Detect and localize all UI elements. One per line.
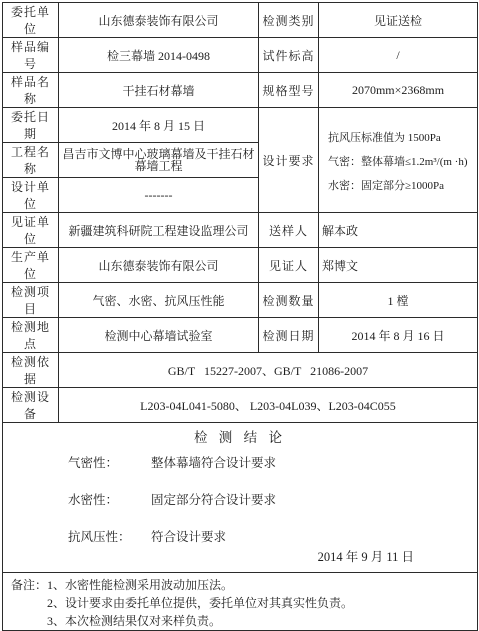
witness-unit-value: 新疆建筑科研院工程建设监理公司 (59, 213, 259, 248)
design-req-wind-pressure: 抗风压标准值为 1500Pa (328, 129, 472, 145)
project-name-value: 昌吉市文博中心玻璃幕墙及干挂石材幕墙工程 (59, 143, 259, 178)
sample-number-label: 样品编号 (3, 38, 59, 73)
conclusion-wind-pressure: 抗风压性：符合设计要求 (6, 527, 474, 545)
conclusion-air-tightness-value: 整体幕墙符合设计要求 (151, 456, 276, 470)
test-location-label: 检测地点 (3, 318, 59, 353)
row-sample-name: 样品名称 干挂石材幕墙 规格型号 2070mm×2368mm (3, 73, 478, 108)
row-test-equipment: 检测设备 L203-04L041-5080、 L203-04L039、L203-… (3, 388, 478, 423)
test-category-value: 见证送检 (319, 3, 478, 38)
row-client-unit: 委托单位 山东德泰装饰有限公司 检测类别 见证送检 (3, 3, 478, 38)
row-sample-number: 样品编号 检三幕墙 2014-0498 试件标高 / (3, 38, 478, 73)
test-location-value: 检测中心幕墙试验室 (59, 318, 259, 353)
conclusion-wind-pressure-value: 符合设计要求 (151, 530, 226, 544)
row-witness-unit: 见证单位 新疆建筑科研院工程建设监理公司 送样人 解本政 (3, 213, 478, 248)
design-unit-value: ------- (59, 178, 259, 213)
client-unit-label: 委托单位 (3, 3, 59, 38)
conclusion-air-tightness-label: 气密性： (68, 453, 151, 471)
conclusion-air-tightness: 气密性：整体幕墙符合设计要求 (6, 453, 474, 471)
sample-sender-value: 解本政 (319, 213, 478, 248)
sample-number-value: 检三幕墙 2014-0498 (59, 38, 259, 73)
test-items-value: 气密、水密、抗风压性能 (59, 283, 259, 318)
test-equipment-label: 检测设备 (3, 388, 59, 423)
remark-item-2: 2、设计要求由委托单位提供，委托单位对其真实性负责。 (47, 594, 472, 612)
sample-name-label: 样品名称 (3, 73, 59, 108)
client-unit-value: 山东德泰装饰有限公司 (59, 3, 259, 38)
project-name-label: 工程名称 (3, 143, 59, 178)
conclusion-title: 检 测 结 论 (6, 426, 474, 446)
specification-model-value: 2070mm×2368mm (319, 73, 478, 108)
test-report-document: 委托单位 山东德泰装饰有限公司 检测类别 见证送检 样品编号 检三幕墙 2014… (2, 2, 477, 491)
commission-date-value: 2014 年 8 月 15 日 (59, 108, 259, 143)
conclusion-water-tightness-value: 固定部分符合设计要求 (151, 493, 276, 507)
test-date-value: 2014 年 8 月 16 日 (319, 318, 478, 353)
row-conclusion: 检 测 结 论 气密性：整体幕墙符合设计要求 水密性：固定部分符合设计要求 抗风… (3, 423, 478, 573)
design-req-water-tightness: 水密：固定部分≥1000Pa (328, 177, 472, 193)
specimen-elevation-label: 试件标高 (259, 38, 319, 73)
row-test-basis: 检测依据 GB/T 15227-2007、GB/T 21086-2007 (3, 353, 478, 388)
row-test-location: 检测地点 检测中心幕墙试验室 检测日期 2014 年 8 月 16 日 (3, 318, 478, 353)
specification-model-label: 规格型号 (259, 73, 319, 108)
witness-person-value: 郑博文 (319, 248, 478, 283)
design-requirements-cell: 抗风压标准值为 1500Pa 气密：整体幕墙≤1.2m³/(m ·h) 水密：固… (319, 108, 478, 213)
test-basis-value: GB/T 15227-2007、GB/T 21086-2007 (59, 353, 478, 388)
report-table: 委托单位 山东德泰装饰有限公司 检测类别 见证送检 样品编号 检三幕墙 2014… (2, 2, 478, 631)
production-unit-label: 生产单位 (3, 248, 59, 283)
test-quantity-label: 检测数量 (259, 283, 319, 318)
witness-person-label: 见证人 (259, 248, 319, 283)
design-requirements-label: 设计要求 (259, 108, 319, 213)
conclusion-wind-pressure-label: 抗风压性： (68, 527, 151, 545)
row-commission-date: 委托日期 2014 年 8 月 15 日 设计要求 抗风压标准值为 1500Pa… (3, 108, 478, 143)
sample-name-value: 干挂石材幕墙 (59, 73, 259, 108)
conclusion-cell: 检 测 结 论 气密性：整体幕墙符合设计要求 水密性：固定部分符合设计要求 抗风… (3, 423, 478, 573)
remark-item-1: 1、水密性能检测采用波动加压法。 (47, 576, 472, 594)
conclusion-date: 2014 年 9 月 11 日 (318, 547, 414, 565)
row-production-unit: 生产单位 山东德泰装饰有限公司 见证人 郑博文 (3, 248, 478, 283)
test-date-label: 检测日期 (259, 318, 319, 353)
design-req-air-tightness: 气密：整体幕墙≤1.2m³/(m ·h) (328, 153, 472, 169)
witness-unit-label: 见证单位 (3, 213, 59, 248)
sample-sender-label: 送样人 (259, 213, 319, 248)
conclusion-water-tightness: 水密性：固定部分符合设计要求 (6, 490, 474, 508)
specimen-elevation-value: / (319, 38, 478, 73)
remarks-label: 备注： (11, 576, 47, 630)
commission-date-label: 委托日期 (3, 108, 59, 143)
test-items-label: 检测项目 (3, 283, 59, 318)
test-category-label: 检测类别 (259, 3, 319, 38)
row-test-items: 检测项目 气密、水密、抗风压性能 检测数量 1 樘 (3, 283, 478, 318)
production-unit-value: 山东德泰装饰有限公司 (59, 248, 259, 283)
test-basis-label: 检测依据 (3, 353, 59, 388)
test-equipment-value: L203-04L041-5080、 L203-04L039、L203-04C05… (59, 388, 478, 423)
row-remarks: 备注： 1、水密性能检测采用波动加压法。 2、设计要求由委托单位提供，委托单位对… (3, 573, 478, 631)
remarks-cell: 备注： 1、水密性能检测采用波动加压法。 2、设计要求由委托单位提供，委托单位对… (3, 573, 478, 631)
design-unit-label: 设计单位 (3, 178, 59, 213)
remark-item-3: 3、本次检测结果仅对来样负责。 (47, 612, 472, 630)
test-quantity-value: 1 樘 (319, 283, 478, 318)
conclusion-water-tightness-label: 水密性： (68, 490, 151, 508)
